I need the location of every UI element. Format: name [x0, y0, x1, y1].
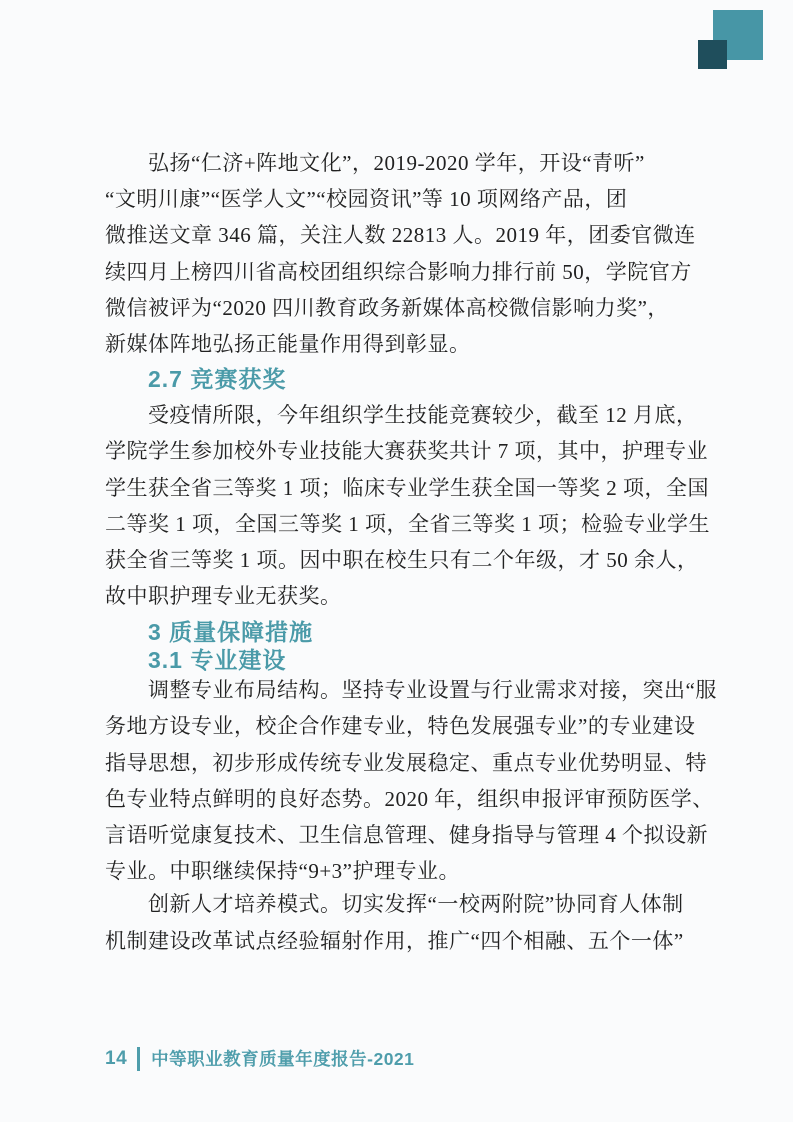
text-line: 学生获全省三等奖 1 项；临床专业学生获全国一等奖 2 项，全国	[105, 470, 695, 506]
page-number: 14	[105, 1048, 127, 1070]
text-line: 言语听觉康复技术、卫生信息管理、健身指导与管理 4 个拟设新	[105, 817, 695, 853]
text-line: 二等奖 1 项，全国三等奖 1 项，全省三等奖 1 项；检验专业学生	[105, 506, 695, 542]
text-line: 指导思想，初步形成传统专业发展稳定、重点专业优势明显、特	[105, 745, 695, 781]
text-line: 新媒体阵地弘扬正能量作用得到彰显。	[105, 326, 695, 362]
section-heading-2-7: 2.7 竞赛获奖	[105, 365, 695, 393]
text-line: 受疫情所限，今年组织学生技能竞赛较少，截至 12 月底，	[105, 397, 695, 433]
text-line: 务地方设专业，校企合作建专业，特色发展强专业”的专业建设	[105, 708, 695, 744]
text-line: 专业。中职继续保持“9+3”护理专业。	[105, 853, 695, 889]
paragraph-talent-training: 创新人才培养模式。切实发挥“一校两附院”协同育人体制机制建设改革试点经验辐射作用…	[105, 886, 695, 958]
section-heading-3-1: 3.1 专业建设	[105, 646, 695, 674]
text-line: 微信被评为“2020 四川教育政务新媒体高校微信影响力奖”，	[105, 290, 695, 326]
text-line: 故中职护理专业无获奖。	[105, 578, 695, 614]
text-line: 获全省三等奖 1 项。因中职在校生只有二个年级，才 50 余人，	[105, 542, 695, 578]
text-line: 微推送文章 346 篇，关注人数 22813 人。2019 年，团委官微连	[105, 217, 695, 253]
footer-report-title: 中等职业教育质量年度报告-2021	[151, 1046, 414, 1071]
text-line: 学院学生参加校外专业技能大赛获奖共计 7 项，其中，护理专业	[105, 433, 695, 469]
paragraph-competition-awards: 受疫情所限，今年组织学生技能竞赛较少，截至 12 月底，学院学生参加校外专业技能…	[105, 397, 695, 614]
footer-separator	[137, 1047, 140, 1071]
section-heading-3: 3 质量保障措施	[105, 618, 695, 646]
text-line: “文明川康”“医学人文”“校园资讯”等 10 项网络产品，团	[105, 181, 695, 217]
text-line: 续四月上榜四川省高校团组织综合影响力排行前 50，学院官方	[105, 254, 695, 290]
page-content: 弘扬“仁济+阵地文化”，2019-2020 学年，开设“青听”“文明川康”“医学…	[105, 0, 695, 959]
decor-square-dark	[698, 40, 727, 69]
text-line: 弘扬“仁济+阵地文化”，2019-2020 学年，开设“青听”	[105, 145, 695, 181]
text-line: 创新人才培养模式。切实发挥“一校两附院”协同育人体制	[105, 886, 695, 922]
document-page: 弘扬“仁济+阵地文化”，2019-2020 学年，开设“青听”“文明川康”“医学…	[0, 0, 793, 1122]
text-line: 调整专业布局结构。坚持专业设置与行业需求对接，突出“服	[105, 672, 695, 708]
paragraph-major-construction: 调整专业布局结构。坚持专业设置与行业需求对接，突出“服务地方设专业，校企合作建专…	[105, 672, 695, 889]
text-line: 色专业特点鲜明的良好态势。2020 年，组织申报评审预防医学、	[105, 781, 695, 817]
paragraph-new-media: 弘扬“仁济+阵地文化”，2019-2020 学年，开设“青听”“文明川康”“医学…	[105, 145, 695, 362]
text-line: 机制建设改革试点经验辐射作用，推广“四个相融、五个一体”	[105, 923, 695, 959]
page-footer: 14 中等职业教育质量年度报告-2021	[105, 1046, 414, 1071]
